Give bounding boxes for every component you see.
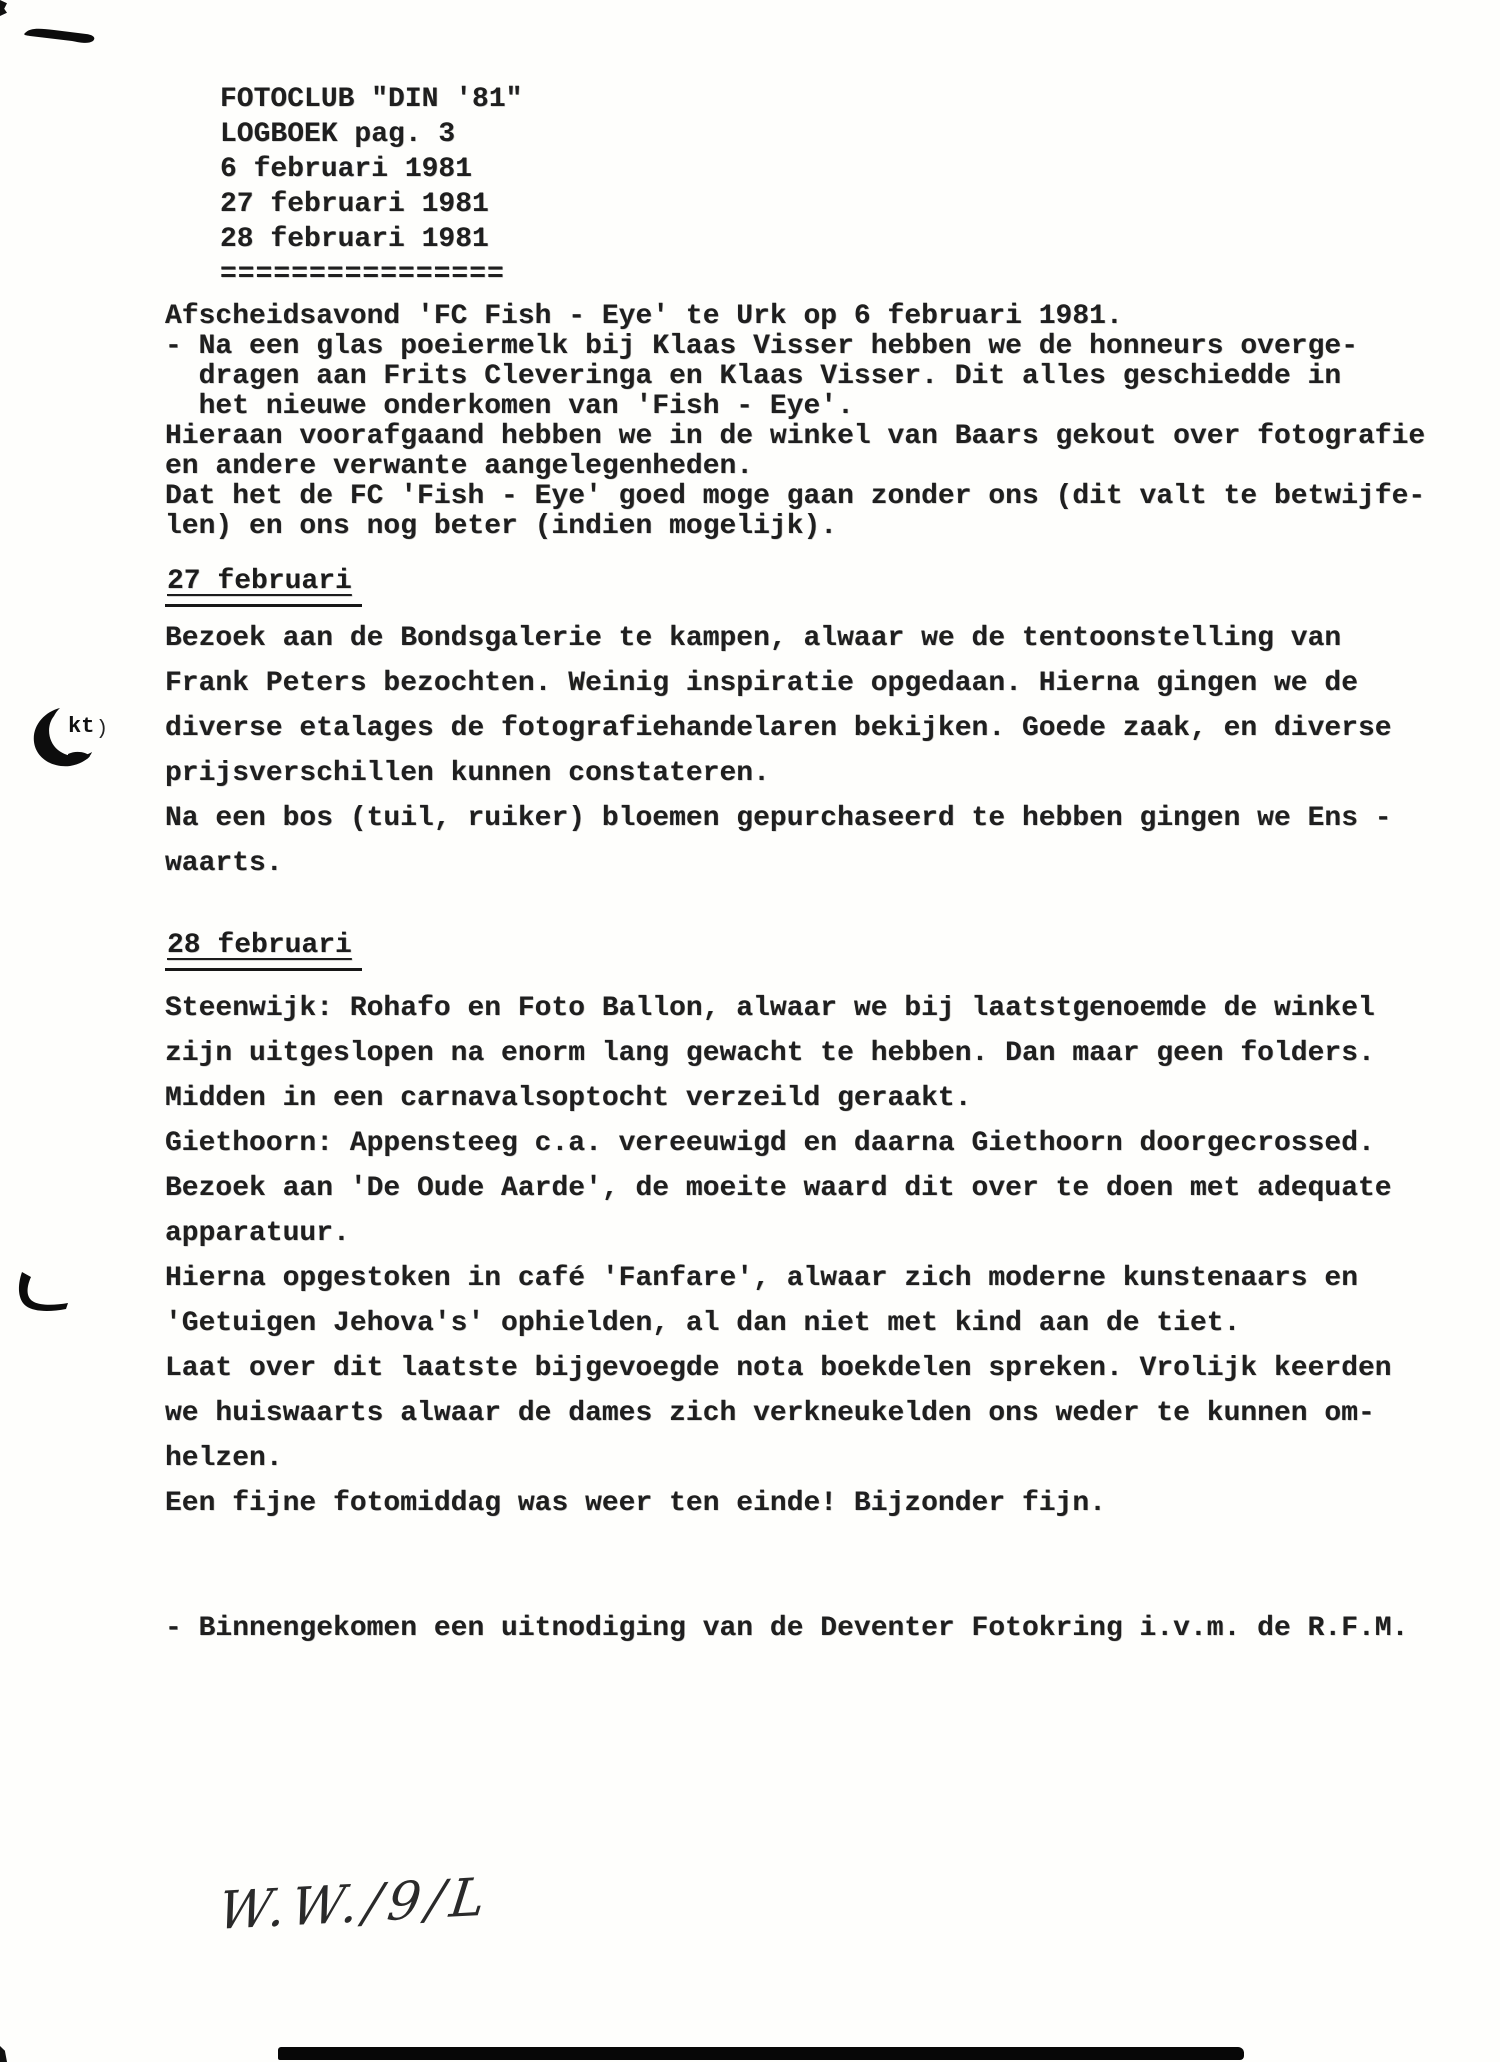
header-divider: ================ <box>220 257 522 292</box>
stamp-paren: ) <box>96 718 108 741</box>
scan-artifact-bar <box>278 2047 1244 2060</box>
text-line: Bezoek aan 'De Oude Aarde', de moeite wa… <box>165 1166 1392 1211</box>
text-line: Steenwijk: Rohafo en Foto Ballon, alwaar… <box>165 986 1392 1031</box>
text-line: Frank Peters bezochten. Weinig inspirati… <box>165 661 1392 706</box>
text-line: Na een bos (tuil, ruiker) bloemen gepurc… <box>165 796 1392 841</box>
entry-28-februari: Steenwijk: Rohafo en Foto Ballon, alwaar… <box>165 986 1392 1526</box>
text-line: en andere verwante aangelegenheden. <box>165 452 1425 482</box>
footer-note: - Binnengekomen een uitnodiging van de D… <box>165 1606 1408 1651</box>
stamp-letters: kt <box>68 714 94 739</box>
ink-streak-icon <box>24 24 98 44</box>
text-line: - Binnengekomen een uitnodiging van de D… <box>165 1606 1408 1651</box>
document-header: FOTOCLUB "DIN '81" LOGBOEK pag. 3 6 febr… <box>220 82 522 292</box>
scanned-logbook-page: FOTOCLUB "DIN '81" LOGBOEK pag. 3 6 febr… <box>0 0 1500 2062</box>
entry-27-februari: Bezoek aan de Bondsgalerie te kampen, al… <box>165 616 1392 886</box>
scan-edge-mark-icon <box>0 0 7 16</box>
scan-edge-mark-icon <box>0 2046 7 2062</box>
club-title: FOTOCLUB "DIN '81" <box>220 82 522 117</box>
entry-6-februari: Afscheidsavond 'FC Fish - Eye' te Urk op… <box>165 302 1425 542</box>
heading-27-februari: 27 februari <box>165 566 362 607</box>
text-line: Dat het de FC 'Fish - Eye' goed moge gaa… <box>165 482 1425 512</box>
text-line: zijn uitgeslopen na enorm lang gewacht t… <box>165 1031 1392 1076</box>
checkmark-ink-mark-icon <box>14 1272 72 1316</box>
text-line: apparatuur. <box>165 1211 1392 1256</box>
date-line-3: 28 februari 1981 <box>220 222 522 257</box>
date-line-1: 6 februari 1981 <box>220 152 522 187</box>
text-line: Een fijne fotomiddag was weer ten einde!… <box>165 1481 1392 1526</box>
text-line: - Na een glas poeiermelk bij Klaas Visse… <box>165 332 1425 362</box>
text-line: Giethoorn: Appensteeg c.a. vereeuwigd en… <box>165 1121 1392 1166</box>
text-line: Laat over dit laatste bijgevoegde nota b… <box>165 1346 1392 1391</box>
text-line: waarts. <box>165 841 1392 886</box>
text-line: Hieraan voorafgaand hebben we in de wink… <box>165 422 1425 452</box>
text-line: len) en ons nog beter (indien mogelijk). <box>165 512 1425 542</box>
heading-28-februari: 28 februari <box>165 930 362 971</box>
handwritten-reference-mark: W.W./9/L <box>215 1867 494 1942</box>
text-line: helzen. <box>165 1436 1392 1481</box>
text-line: Bezoek aan de Bondsgalerie te kampen, al… <box>165 616 1392 661</box>
text-line: we huiswaarts alwaar de dames zich verkn… <box>165 1391 1392 1436</box>
text-line: dragen aan Frits Cleveringa en Klaas Vis… <box>165 362 1425 392</box>
text-line: het nieuwe onderkomen van 'Fish - Eye'. <box>165 392 1425 422</box>
text-line: diverse etalages de fotografiehandelaren… <box>165 706 1392 751</box>
text-line: Midden in een carnavalsoptocht verzeild … <box>165 1076 1392 1121</box>
text-line: prijsverschillen kunnen constateren. <box>165 751 1392 796</box>
text-line: Hierna opgestoken in café 'Fanfare', alw… <box>165 1256 1392 1301</box>
date-line-2: 27 februari 1981 <box>220 187 522 222</box>
text-line: Afscheidsavond 'FC Fish - Eye' te Urk op… <box>165 302 1425 332</box>
text-line: 'Getuigen Jehova's' ophielden, al dan ni… <box>165 1301 1392 1346</box>
logbook-page-label: LOGBOEK pag. 3 <box>220 117 522 152</box>
